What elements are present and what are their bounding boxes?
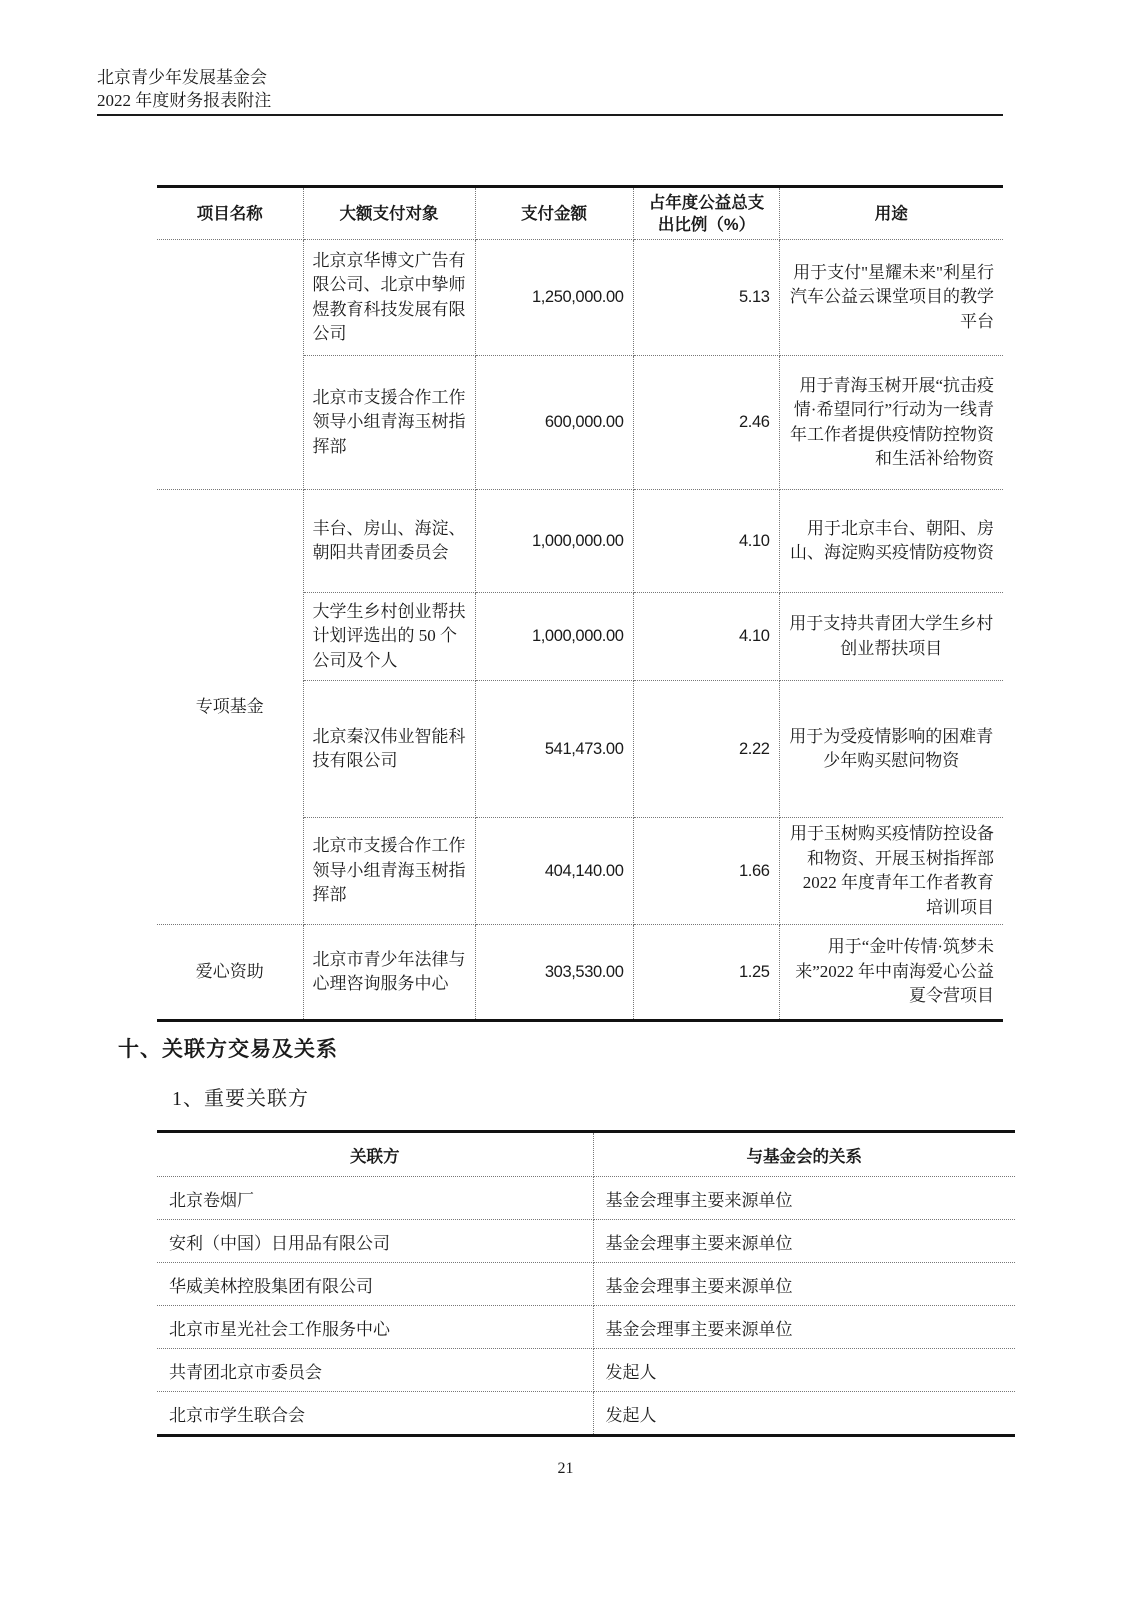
purpose-cell: 用于支付"星耀未来"利星行汽车公益云课堂项目的教学平台	[779, 240, 1003, 356]
ratio-cell: 1.25	[633, 925, 779, 1021]
header-divider	[97, 114, 1003, 116]
payee-cell: 大学生乡村创业帮扶计划评选出的 50 个公司及个人	[303, 593, 475, 681]
ratio-cell: 2.46	[633, 356, 779, 490]
relation-cell: 基金会理事主要来源单位	[593, 1220, 1015, 1263]
party-cell: 安利（中国）日用品有限公司	[157, 1220, 593, 1263]
amount-cell: 1,000,000.00	[475, 490, 633, 593]
amount-cell: 1,250,000.00	[475, 240, 633, 356]
relation-cell: 发起人	[593, 1349, 1015, 1392]
ratio-cell: 1.66	[633, 818, 779, 925]
table-row: 共青团北京市委员会 发起人	[157, 1349, 1015, 1392]
col-header-payee: 大额支付对象	[303, 187, 475, 240]
page-header: 北京青少年发展基金会 2022 年度财务报表附注	[97, 66, 271, 112]
relation-cell: 基金会理事主要来源单位	[593, 1177, 1015, 1220]
amount-cell: 600,000.00	[475, 356, 633, 490]
payee-cell: 北京市青少年法律与心理咨询服务中心	[303, 925, 475, 1021]
amount-cell: 404,140.00	[475, 818, 633, 925]
ratio-cell: 5.13	[633, 240, 779, 356]
purpose-cell: 用于为受疫情影响的困难青少年购买慰问物资	[779, 681, 1003, 818]
purpose-cell: 用于北京丰台、朝阳、房山、海淀购买疫情防疫物资	[779, 490, 1003, 593]
project-name-cell: 爱心资助	[157, 925, 303, 1021]
party-cell: 共青团北京市委员会	[157, 1349, 593, 1392]
table-row: 北京卷烟厂 基金会理事主要来源单位	[157, 1177, 1015, 1220]
table-row: 北京京华博文广告有限公司、北京中挚师煜教育科技发展有限公司 1,250,000.…	[157, 240, 1003, 356]
col-header-party: 关联方	[157, 1132, 593, 1177]
project-name-cell	[157, 240, 303, 490]
table-row: 华威美林控股集团有限公司 基金会理事主要来源单位	[157, 1263, 1015, 1306]
col-header-amount: 支付金额	[475, 187, 633, 240]
amount-cell: 303,530.00	[475, 925, 633, 1021]
ratio-cell: 4.10	[633, 490, 779, 593]
ratio-cell: 2.22	[633, 681, 779, 818]
party-cell: 北京市星光社会工作服务中心	[157, 1306, 593, 1349]
col-header-ratio: 占年度公益总支出比例（%）	[633, 187, 779, 240]
purpose-cell: 用于玉树购买疫情防控设备和物资、开展玉树指挥部 2022 年度青年工作者教育培训…	[779, 818, 1003, 925]
amount-cell: 541,473.00	[475, 681, 633, 818]
payee-cell: 北京市支援合作工作领导小组青海玉树指挥部	[303, 356, 475, 490]
project-name-cell: 专项基金	[157, 490, 303, 925]
col-header-project: 项目名称	[157, 187, 303, 240]
relation-cell: 基金会理事主要来源单位	[593, 1263, 1015, 1306]
table-row: 北京市学生联合会 发起人	[157, 1392, 1015, 1436]
page-number: 21	[0, 1460, 1131, 1478]
table-header-row: 关联方 与基金会的关系	[157, 1132, 1015, 1177]
party-cell: 华威美林控股集团有限公司	[157, 1263, 593, 1306]
payee-cell: 北京市支援合作工作领导小组青海玉树指挥部	[303, 818, 475, 925]
ratio-cell: 4.10	[633, 593, 779, 681]
payee-cell: 丰台、房山、海淀、朝阳共青团委员会	[303, 490, 475, 593]
purpose-cell: 用于“金叶传情·筑梦未来”2022 年中南海爱心公益夏令营项目	[779, 925, 1003, 1021]
relation-cell: 发起人	[593, 1392, 1015, 1436]
party-cell: 北京卷烟厂	[157, 1177, 593, 1220]
table-row: 安利（中国）日用品有限公司 基金会理事主要来源单位	[157, 1220, 1015, 1263]
payee-cell: 北京京华博文广告有限公司、北京中挚师煜教育科技发展有限公司	[303, 240, 475, 356]
amount-cell: 1,000,000.00	[475, 593, 633, 681]
subsection-heading: 1、重要关联方	[172, 1082, 309, 1111]
large-payments-table: 项目名称 大额支付对象 支付金额 占年度公益总支出比例（%） 用途 北京京华博文…	[157, 185, 1003, 1022]
payee-cell: 北京秦汉伟业智能科技有限公司	[303, 681, 475, 818]
col-header-relation: 与基金会的关系	[593, 1132, 1015, 1177]
col-header-purpose: 用途	[779, 187, 1003, 240]
purpose-cell: 用于青海玉树开展“抗击疫情·希望同行”行动为一线青年工作者提供疫情防控物资和生活…	[779, 356, 1003, 490]
purpose-cell: 用于支持共青团大学生乡村创业帮扶项目	[779, 593, 1003, 681]
party-cell: 北京市学生联合会	[157, 1392, 593, 1436]
doc-title: 2022 年度财务报表附注	[97, 89, 271, 112]
org-name: 北京青少年发展基金会	[97, 66, 271, 89]
table-row: 专项基金 丰台、房山、海淀、朝阳共青团委员会 1,000,000.00 4.10…	[157, 490, 1003, 593]
table-row: 爱心资助 北京市青少年法律与心理咨询服务中心 303,530.00 1.25 用…	[157, 925, 1003, 1021]
relation-cell: 基金会理事主要来源单位	[593, 1306, 1015, 1349]
related-parties-table: 关联方 与基金会的关系 北京卷烟厂 基金会理事主要来源单位 安利（中国）日用品有…	[157, 1130, 1015, 1437]
section-heading: 十、关联方交易及关系	[118, 1033, 338, 1063]
table-header-row: 项目名称 大额支付对象 支付金额 占年度公益总支出比例（%） 用途	[157, 187, 1003, 240]
table-row: 北京市星光社会工作服务中心 基金会理事主要来源单位	[157, 1306, 1015, 1349]
